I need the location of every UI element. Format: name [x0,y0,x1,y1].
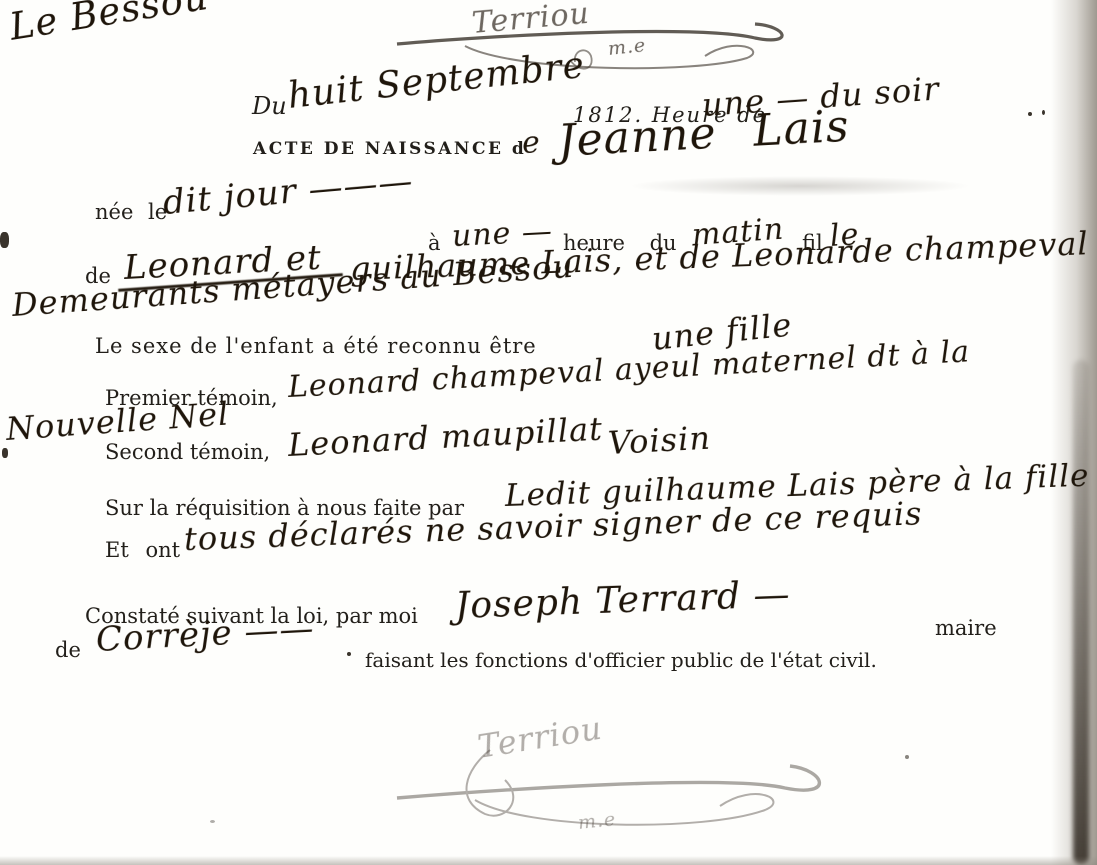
signature-flourish-bottom-icon [395,740,885,840]
margin-place-note: Le Bessou [7,0,212,49]
printed-sexe-label: Le sexe de l'enfant a été reconnu être [95,334,537,358]
scanned-birth-record: Le Bessou Terriou m.e Du huit Septembre … [0,0,1097,865]
printed-maire-label: maire [935,616,997,640]
printed-fonctions-label: faisant les fonctions d'officier public … [365,648,877,672]
printed-de-commune-label: de [55,638,81,662]
printed-et-ont-label: Et ont [105,538,180,562]
handwritten-witness2-name: Leonard maupillat [287,410,604,464]
handwritten-article: e [521,125,542,161]
handwritten-witness2-role: Voisin [607,419,712,462]
printed-du-label: Du [252,92,287,120]
printed-nee-le-label: née le [95,200,167,224]
printed-acte-label: ACTE DE NAISSANCE d [253,139,526,159]
binding-dark-streak [1073,360,1089,865]
bottom-signature-initials: m.e [577,808,617,834]
top-signature-initials: m.e [607,34,647,60]
printed-second-temoin-label: Second témoin, [105,440,270,464]
handwritten-officer-name: Joseph Terrard — [454,574,791,627]
handwritten-birth-day: dit jour ——— [161,161,415,223]
bottom-edge-shadow [0,856,1097,865]
